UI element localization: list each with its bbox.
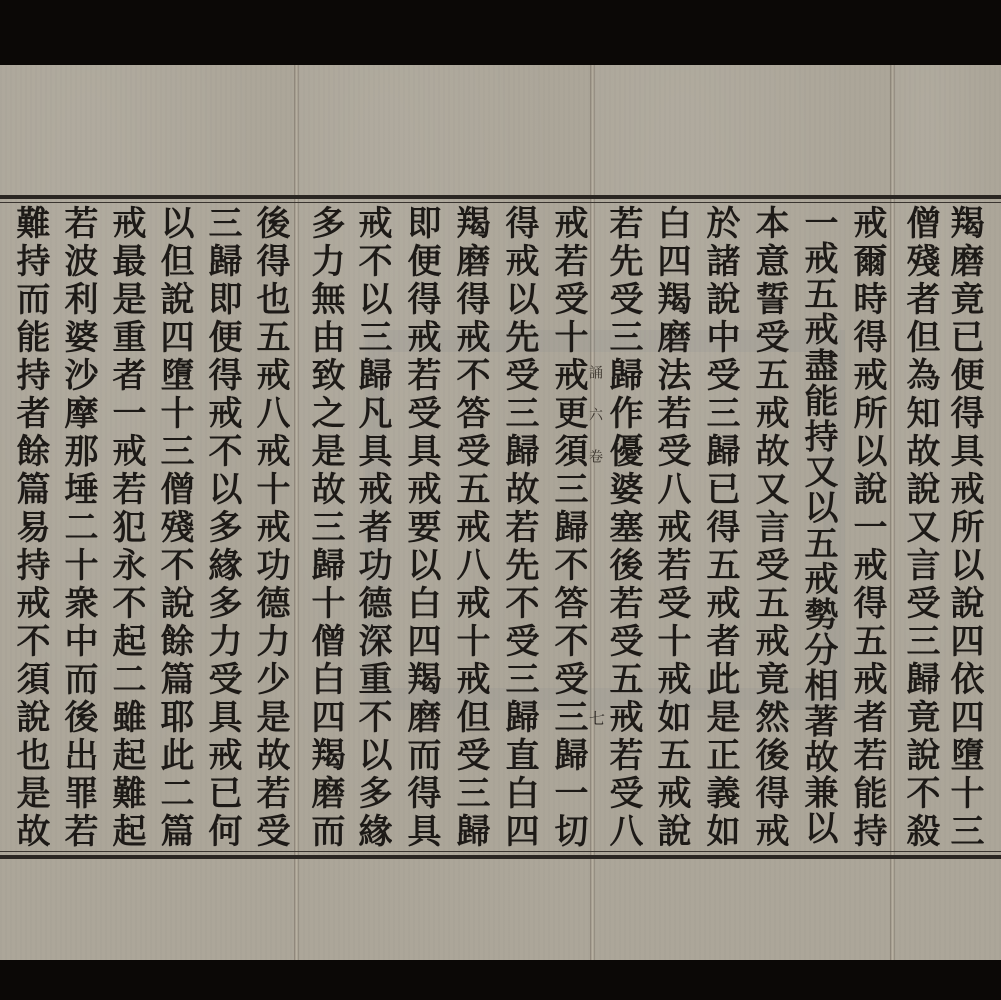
page-fold [890, 65, 895, 960]
text-column: 若先受三歸作優婆塞後若受五戒若受八 [603, 205, 643, 850]
text-column: 以但說四墮十三僧殘不說餘篇耶此二篇 [154, 205, 194, 850]
text-column: 多力無由致之是故三歸十僧白四羯磨而 [305, 205, 345, 850]
text-column: 難持而能持者餘篇易持戒不須說也是故 [10, 205, 50, 850]
text-column: 僧殘者但為知故說又言受三歸竟說不殺 [900, 205, 940, 850]
text-column: 後得也五戒八戒十戒功德力少是故若受 [250, 205, 290, 850]
text-column: 若波利婆沙摩那埵二十衆中而後出罪若 [58, 205, 98, 850]
bottom-border-thin-rule [0, 851, 1001, 852]
text-column: 得戒以先受三歸故若先不受三歸直白四 [499, 205, 539, 850]
text-column: 本意誓受五戒故又言受五戒竟然後得戒 [749, 205, 789, 850]
text-column: 一戒五戒盡能持又以五戒勢分相著故兼以 [798, 205, 838, 850]
text-column: 羯磨竟已便得具戒所以說四依四墮十三 [944, 205, 984, 850]
text-column: 於諸說中受三歸已得五戒者此是正義如 [700, 205, 740, 850]
text-column: 即便得戒若受具戒要以白四羯磨而得具 [401, 205, 441, 850]
text-column: 白四羯磨法若受八戒若受十戒如五戒說 [651, 205, 691, 850]
top-border-thin-rule [0, 202, 1001, 203]
page-fold [294, 65, 299, 960]
bottom-border-rule [0, 855, 1001, 859]
text-column: 戒不以三歸凡具戒者功德深重不以多緣 [352, 205, 392, 850]
fold-margin-title: 誦 六 卷 [585, 365, 605, 469]
text-column: 戒爾時得戒所以說一戒得五戒者若能持 [847, 205, 887, 850]
top-border-rule [0, 195, 1001, 199]
text-column: 三歸即便得戒不以多緣多力受具戒已何 [202, 205, 242, 850]
text-column: 戒最是重者一戒若犯永不起二雖起難起 [106, 205, 146, 850]
text-column: 羯磨得戒不答受五戒八戒十戒但受三歸 [450, 205, 490, 850]
page-fold [590, 65, 595, 960]
text-column: 戒若受十戒更須三歸不答不受三歸一切 [548, 205, 588, 850]
